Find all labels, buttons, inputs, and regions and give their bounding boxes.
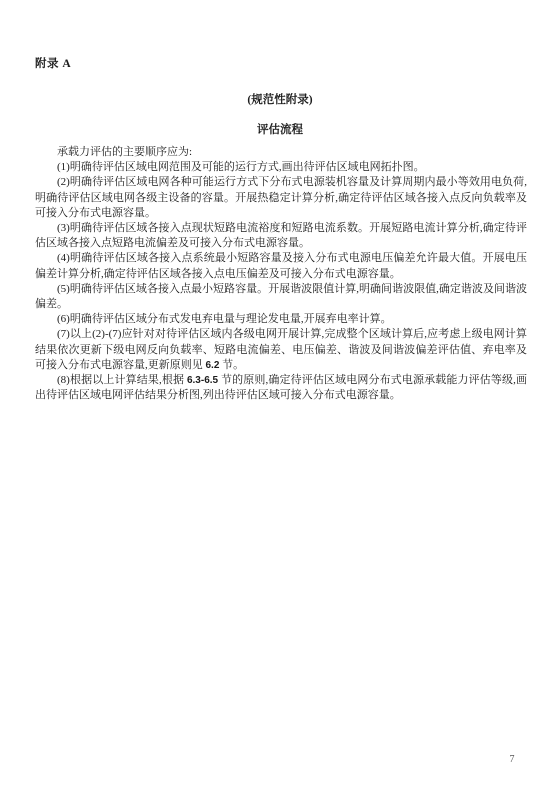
paragraph: (7)以上(2)-(7)应针对对待评估区域内各级电网开展计算,完成整个区域计算后…: [35, 327, 527, 373]
paragraph: (6)明确待评估区域分布式发电弃电量与理论发电量,开展弃电率计算。: [35, 312, 527, 327]
page-number: 7: [504, 754, 520, 765]
paragraph-text: (7)以上(2)-(7)应针对对待评估区域内各级电网开展计算,完成整个区域计算后…: [35, 328, 527, 370]
paragraph-text: (3)明确待评估区域各接入点现状短路电流裕度和短路电流系数。开展短路电流计算分析…: [35, 222, 527, 249]
paragraph-text: (8)根据以上计算结果,根据: [57, 374, 187, 386]
paragraph-text: 承载力评估的主要顺序应为:: [57, 146, 192, 158]
appendix-title-heading: 评估流程: [0, 121, 560, 137]
paragraph: (5)明确待评估区域各接入点最小短路容量。开展谐波限值计算,明确间谐波限值,确定…: [35, 282, 527, 312]
document-page: 附录 A (规范性附录) 评估流程 承载力评估的主要顺序应为:(1)明确待评估区…: [0, 0, 560, 786]
section-ref-number: 6.3-6.5: [187, 375, 218, 386]
paragraph: (3)明确待评估区域各接入点现状短路电流裕度和短路电流系数。开展短路电流计算分析…: [35, 221, 527, 251]
paragraph-text: 节。: [219, 359, 244, 371]
body-paragraphs: 承载力评估的主要顺序应为:(1)明确待评估区域电网范围及可能的运行方式,画出待评…: [35, 145, 527, 403]
paragraph: (2)明确待评估区域电网各种可能运行方式下分布式电源装机容量及计算周期内最小等效…: [35, 175, 527, 221]
paragraph-text: (2)明确待评估区域电网各种可能运行方式下分布式电源装机容量及计算周期内最小等效…: [35, 176, 527, 218]
paragraph-text: (4)明确待评估区域各接入点系统最小短路容量及接入分布式电源电压偏差允许最大值。…: [35, 252, 527, 279]
section-ref-number: 6.2: [206, 360, 220, 371]
appendix-label: 附录 A: [35, 55, 71, 71]
paragraph: (1)明确待评估区域电网范围及可能的运行方式,画出待评估区域电网拓扑图。: [35, 160, 527, 175]
paragraph-text: (6)明确待评估区域分布式发电弃电量与理论发电量,开展弃电率计算。: [57, 313, 392, 325]
paragraph-text: (5)明确待评估区域各接入点最小短路容量。开展谐波限值计算,明确间谐波限值,确定…: [35, 283, 527, 310]
paragraph-text: (1)明确待评估区域电网范围及可能的运行方式,画出待评估区域电网拓扑图。: [57, 161, 425, 173]
paragraph: (8)根据以上计算结果,根据 6.3-6.5 节的原则,确定待评估区域电网分布式…: [35, 373, 527, 403]
paragraph: (4)明确待评估区域各接入点系统最小短路容量及接入分布式电源电压偏差允许最大值。…: [35, 251, 527, 281]
paragraph: 承载力评估的主要顺序应为:: [35, 145, 527, 160]
normative-note-heading: (规范性附录): [0, 91, 560, 107]
